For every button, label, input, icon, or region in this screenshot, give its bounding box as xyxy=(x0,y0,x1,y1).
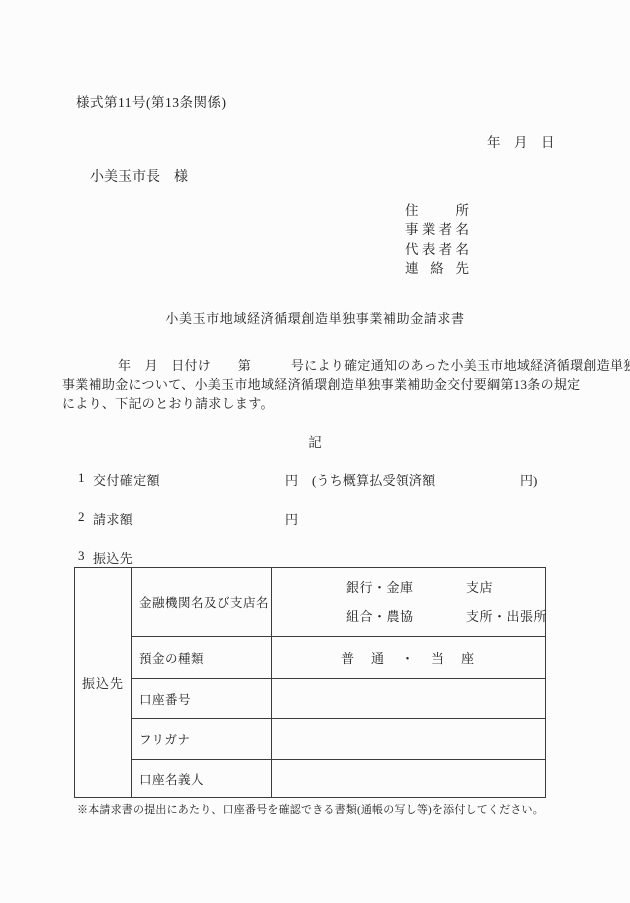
bank-transfer-table: 振込先 金融機関名及び支店名 銀行・金庫 支店 組合・農協 支所・出張所 預金の… xyxy=(74,567,546,798)
item-label: 交付確定額 xyxy=(93,470,160,489)
item-number: 1 xyxy=(78,470,85,486)
table-value-furigana xyxy=(272,719,546,760)
item-unit-yen: 円 xyxy=(285,509,298,528)
table-value-account-holder xyxy=(272,760,546,798)
sender-info-block: 住所 事業者名 代表者名 連絡先 xyxy=(405,201,469,278)
item-row-grant-amount: 1 交付確定額 円 (うち概算払受領済額 円) xyxy=(0,470,630,487)
ki-heading: 記 xyxy=(0,431,630,451)
table-rowheader-transfer-destination: 振込先 xyxy=(75,568,132,798)
item-row-transfer-destination: 3 振込先 xyxy=(0,548,630,565)
table-row-account-holder: 口座名義人 xyxy=(75,760,546,798)
item-label: 請求額 xyxy=(93,509,133,528)
item-label: 振込先 xyxy=(93,548,133,567)
sender-field-business-name: 事業者名 xyxy=(405,220,469,239)
bank-option-line-2: 組合・農協 支所・出張所 xyxy=(272,602,545,631)
table-value-account-number xyxy=(272,679,546,719)
branch-type-option: 支所・出張所 xyxy=(466,602,547,631)
table-label-deposit-type: 預金の種類 xyxy=(132,637,272,679)
table-value-institution: 銀行・金庫 支店 組合・農協 支所・出張所 xyxy=(272,568,546,637)
sender-field-address: 住所 xyxy=(405,201,469,220)
table-value-deposit-type: 普 通 ・ 当 座 xyxy=(272,637,546,679)
item-unit-yen: 円 xyxy=(285,470,298,489)
table-label-account-number: 口座番号 xyxy=(132,679,272,719)
item-paren-unit-yen: 円) xyxy=(520,470,537,489)
table-row-institution: 振込先 金融機関名及び支店名 銀行・金庫 支店 組合・農協 支所・出張所 xyxy=(75,568,546,637)
branch-type-option: 支店 xyxy=(466,573,493,602)
item-paren-label: (うち概算払受領済額 xyxy=(312,470,435,489)
table-label-institution-branch: 金融機関名及び支店名 xyxy=(132,568,272,637)
recipient-line: 小美玉市長 様 xyxy=(90,166,188,186)
item-row-request-amount: 2 請求額 円 xyxy=(0,509,630,526)
item-number: 3 xyxy=(78,548,85,564)
sender-field-contact: 連絡先 xyxy=(405,259,469,278)
sender-field-representative-name: 代表者名 xyxy=(405,240,469,259)
bank-option-line-1: 銀行・金庫 支店 xyxy=(272,573,545,602)
body-paragraph: 年 月 日付け 第 号により確定通知のあった小美玉市地域経済循環創造単独 事業補… xyxy=(62,356,630,414)
table-row-furigana: フリガナ xyxy=(75,719,546,760)
table-label-account-holder: 口座名義人 xyxy=(132,760,272,798)
table-row-deposit-type: 預金の種類 普 通 ・ 当 座 xyxy=(75,637,546,679)
document-page: 様式第11号(第13条関係) 年 月 日 小美玉市長 様 住所 事業者名 代表者… xyxy=(0,0,630,903)
attachment-note: ※本請求書の提出にあたり、口座番号を確認できる書類(通帳の写し等)を添付してくだ… xyxy=(77,801,544,817)
bank-type-option: 銀行・金庫 xyxy=(346,573,414,602)
document-title: 小美玉市地域経済循環創造単独事業補助金請求書 xyxy=(0,308,630,327)
item-number: 2 xyxy=(78,509,85,525)
bank-type-option: 組合・農協 xyxy=(346,602,414,631)
table-row-account-number: 口座番号 xyxy=(75,679,546,719)
date-placeholder-line: 年 月 日 xyxy=(487,131,555,151)
body-line-1: 年 月 日付け 第 号により確定通知のあった小美玉市地域経済循環創造単独 xyxy=(62,356,630,375)
form-number: 様式第11号(第13条関係) xyxy=(76,91,227,111)
body-line-2: 事業補助金について、小美玉市地域経済循環創造単独事業補助金交付要綱第13条の規定 xyxy=(62,375,630,394)
table-label-furigana: フリガナ xyxy=(132,719,272,760)
body-line-3: により、下記のとおり請求します。 xyxy=(62,394,630,413)
